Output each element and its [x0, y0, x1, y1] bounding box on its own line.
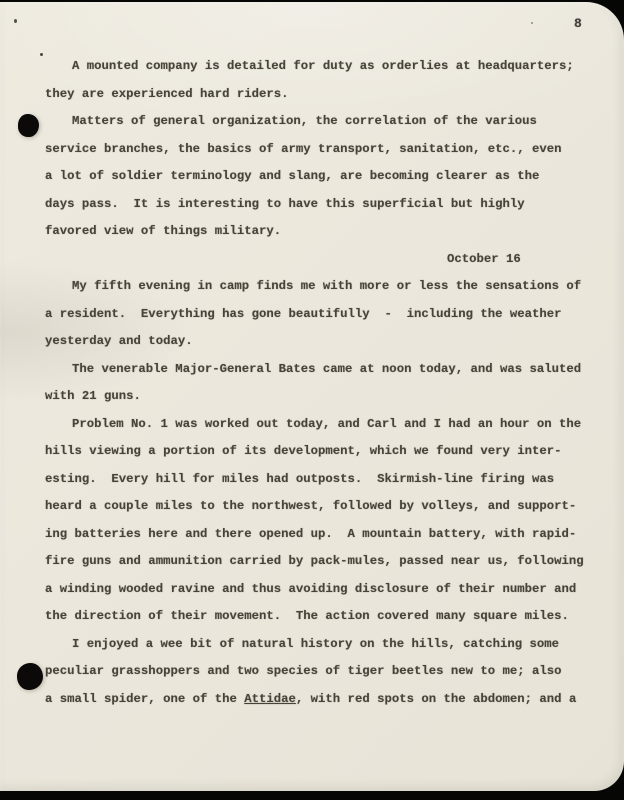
text-line: My fifth evening in camp finds me with m… [45, 273, 601, 301]
page-number: 8 [574, 16, 582, 31]
text-line: The venerable Major-General Bates came a… [45, 356, 601, 384]
text-segment: My fifth evening in camp finds me with m… [72, 279, 581, 293]
text-line: peculiar grasshoppers and two species of… [45, 658, 601, 686]
text-segment: favored view of things military. [45, 224, 281, 238]
text-line: heard a couple miles to the northwest, f… [45, 493, 601, 521]
text-segment: Problem No. 1 was worked out today, and … [72, 417, 581, 431]
text-segment: ing batteries here and there opened up. … [45, 527, 576, 541]
text-segment: fire guns and ammunition carried by pack… [45, 554, 584, 568]
text-line: yesterday and today. [45, 328, 601, 356]
text-segment: hills viewing a portion of its developme… [45, 444, 562, 458]
text-line: A mounted company is detailed for duty a… [45, 53, 601, 81]
underlined-term: Attidae [244, 692, 296, 706]
text-line: with 21 guns. [45, 383, 601, 411]
text-segment: a resident. Everything has gone beautifu… [45, 307, 562, 321]
text-segment: yesterday and today. [45, 334, 193, 348]
text-line: a resident. Everything has gone beautifu… [45, 301, 601, 329]
text-segment: the direction of their movement. The act… [45, 609, 569, 623]
text-segment: peculiar grasshoppers and two species of… [45, 664, 562, 678]
text-segment: days pass. It is interesting to have thi… [45, 197, 525, 211]
text-line: they are experienced hard riders. [45, 81, 601, 109]
text-line: esting. Every hill for miles had outpost… [45, 466, 601, 494]
text-line: fire guns and ammunition carried by pack… [45, 548, 601, 576]
text-line: a winding wooded ravine and thus avoidin… [45, 576, 601, 604]
date-heading: October 16 [45, 246, 601, 274]
text-segment: a winding wooded ravine and thus avoidin… [45, 582, 576, 596]
text-segment: they are experienced hard riders. [45, 87, 289, 101]
scanned-paper-sheet: 8 A mounted company is detailed for duty… [0, 2, 624, 791]
paper-speck [14, 19, 17, 23]
text-line: service branches, the basics of army tra… [45, 136, 601, 164]
text-line: a small spider, one of the Attidae, with… [45, 686, 601, 714]
text-segment: A mounted company is detailed for duty a… [72, 59, 574, 73]
text-segment: Matters of general organization, the cor… [72, 114, 537, 128]
text-segment: a lot of soldier terminology and slang, … [45, 169, 539, 183]
text-segment: heard a couple miles to the northwest, f… [45, 499, 576, 513]
text-line: the direction of their movement. The act… [45, 603, 601, 631]
text-segment: I enjoyed a wee bit of natural history o… [72, 637, 559, 651]
text-segment: a small spider, one of the [45, 692, 244, 706]
text-segment: , with red spots on the abdomen; and a [296, 692, 576, 706]
text-line: a lot of soldier terminology and slang, … [45, 163, 601, 191]
text-segment: service branches, the basics of army tra… [45, 142, 562, 156]
text-line: I enjoyed a wee bit of natural history o… [45, 631, 601, 659]
text-line: hills viewing a portion of its developme… [45, 438, 601, 466]
paper-speck [40, 53, 43, 56]
text-segment: October 16 [447, 252, 521, 266]
text-segment: esting. Every hill for miles had outpost… [45, 472, 554, 486]
text-line: Matters of general organization, the cor… [45, 108, 601, 136]
paper-speck [531, 22, 533, 24]
typewritten-lines: A mounted company is detailed for duty a… [45, 53, 601, 713]
punch-hole-bottom [17, 663, 43, 690]
text-line: favored view of things military. [45, 218, 601, 246]
punch-hole-top [18, 114, 39, 137]
text-segment: with 21 guns. [45, 389, 141, 403]
text-line: days pass. It is interesting to have thi… [45, 191, 601, 219]
text-line: Problem No. 1 was worked out today, and … [45, 411, 601, 439]
text-segment: The venerable Major-General Bates came a… [72, 362, 581, 376]
text-line: ing batteries here and there opened up. … [45, 521, 601, 549]
